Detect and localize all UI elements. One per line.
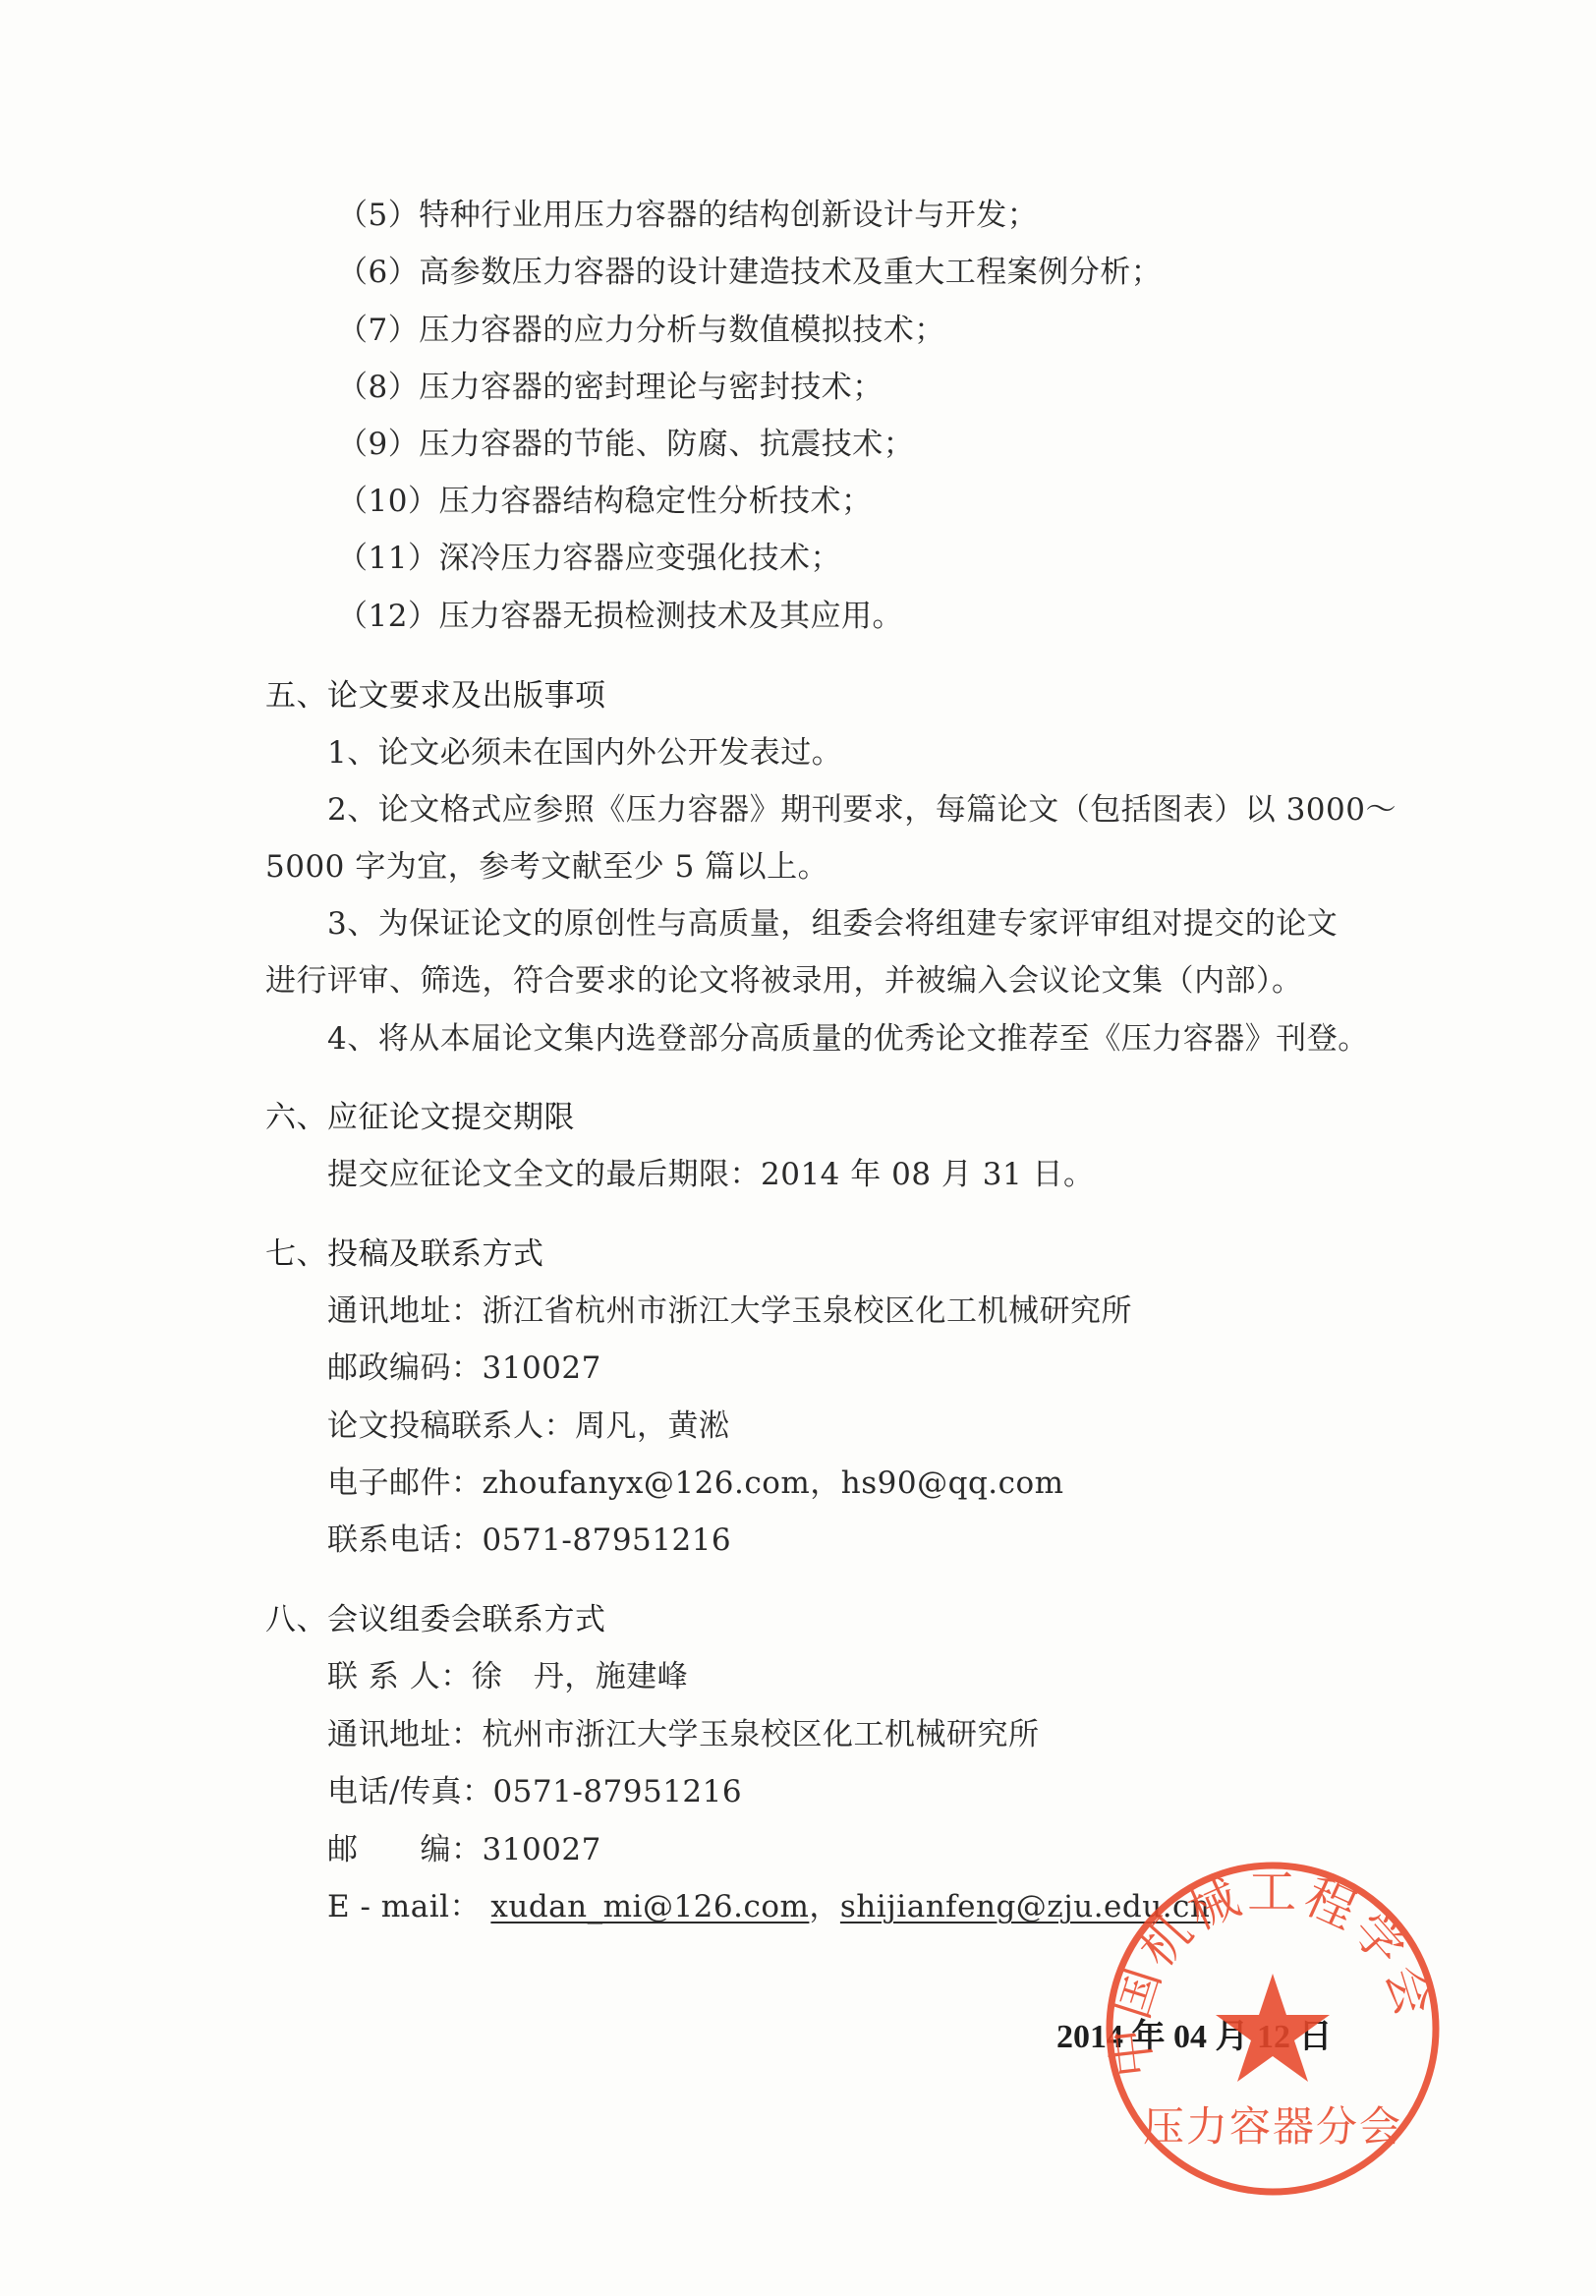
section-5-line-2: 2、论文格式应参照《压力容器》期刊要求，每篇论文（包括图表）以 3000～	[327, 790, 1396, 830]
topic-item-8: （8）压力容器的密封理论与密封技术；	[337, 368, 883, 407]
email-value: zhoufanyx@126.com，hs90@qq.com	[483, 1465, 1064, 1501]
topic-text: 压力容器的应力分析与数值模拟技术；	[419, 313, 945, 348]
contact-value: 周凡，黄淞	[575, 1408, 730, 1444]
email-label: 电子邮件：	[327, 1465, 483, 1501]
section-5-heading: 五、论文要求及出版事项	[265, 676, 606, 716]
topic-number: （5）	[337, 198, 419, 233]
topic-item-9: （9）压力容器的节能、防腐、抗震技术；	[337, 425, 914, 464]
topic-number: （8）	[337, 370, 419, 405]
address-value: 杭州市浙江大学玉泉校区化工机械研究所	[483, 1717, 1040, 1752]
topic-item-10: （10）压力容器结构稳定性分析技术；	[337, 482, 872, 521]
fax-label: 电话/传真：	[327, 1774, 492, 1809]
contact-value: 徐 丹，施建峰	[472, 1659, 689, 1694]
section-8-heading: 八、会议组委会联系方式	[265, 1600, 606, 1639]
submission-email: 电子邮件：zhoufanyx@126.com，hs90@qq.com	[327, 1464, 1064, 1503]
committee-email: E - mail： xudan_mi@126.com，shijianfeng@z…	[327, 1887, 1210, 1926]
postcode-value: 310027	[483, 1350, 601, 1386]
document-page: （5）特种行业用压力容器的结构创新设计与开发； （6）高参数压力容器的设计建造技…	[0, 0, 1596, 2296]
committee-contact: 联 系 人：徐 丹，施建峰	[327, 1657, 688, 1696]
email-separator: ，	[809, 1889, 840, 1924]
topic-number: （12）	[337, 599, 438, 634]
topic-number: （10）	[337, 484, 438, 519]
topic-text: 压力容器无损检测技术及其应用。	[438, 599, 903, 634]
address-label: 通讯地址：	[327, 1293, 483, 1329]
topic-number: （11）	[337, 541, 438, 576]
section-5-line-6: 4、将从本届论文集内选登部分高质量的优秀论文推荐至《压力容器》刊登。	[327, 1019, 1369, 1059]
contact-label: 联 系 人：	[327, 1659, 472, 1694]
star-icon	[1216, 1974, 1330, 2082]
postcode-value: 310027	[483, 1832, 601, 1867]
topic-number: （6）	[337, 255, 419, 290]
topic-text: 压力容器的密封理论与密封技术；	[419, 370, 883, 405]
official-seal: 中国机械工程学会 压力容器分会	[1101, 1856, 1445, 2200]
committee-address: 通讯地址：杭州市浙江大学玉泉校区化工机械研究所	[327, 1715, 1040, 1754]
address-value: 浙江省杭州市浙江大学玉泉校区化工机械研究所	[483, 1293, 1133, 1329]
section-5-line-4: 3、为保证论文的原创性与高质量，组委会将组建专家评审组对提交的论文	[327, 904, 1338, 944]
section-5-line-1: 1、论文必须未在国内外公开发表过。	[327, 733, 842, 773]
topic-text: 深冷压力容器应变强化技术；	[438, 541, 841, 576]
topic-item-12: （12）压力容器无损检测技术及其应用。	[337, 597, 903, 636]
fax-value: 0571-87951216	[492, 1774, 742, 1809]
submission-deadline: 提交应征论文全文的最后期限：2014 年 08 月 31 日。	[327, 1155, 1095, 1194]
topic-number: （9）	[337, 427, 419, 462]
committee-phone-fax: 电话/传真：0571-87951216	[327, 1772, 742, 1811]
topic-text: 压力容器的节能、防腐、抗震技术；	[419, 427, 914, 462]
topic-item-6: （6）高参数压力容器的设计建造技术及重大工程案例分析；	[337, 253, 1162, 292]
phone-value: 0571-87951216	[483, 1522, 732, 1558]
email-link-xudan[interactable]: xudan_mi@126.com	[490, 1889, 809, 1924]
postcode-label: 邮 编：	[327, 1832, 483, 1867]
section-5-line-5: 进行评审、筛选，符合要求的论文将被录用，并被编入会议论文集（内部）。	[265, 961, 1303, 1001]
topic-text: 压力容器结构稳定性分析技术；	[438, 484, 872, 519]
topic-text: 特种行业用压力容器的结构创新设计与开发；	[419, 198, 1038, 233]
section-7-heading: 七、投稿及联系方式	[265, 1234, 544, 1274]
topic-text: 高参数压力容器的设计建造技术及重大工程案例分析；	[419, 255, 1162, 290]
email-label: E - mail：	[327, 1889, 481, 1924]
section-6-heading: 六、应征论文提交期限	[265, 1098, 575, 1137]
topic-number: （7）	[337, 313, 419, 348]
topic-item-5: （5）特种行业用压力容器的结构创新设计与开发；	[337, 196, 1038, 235]
topic-item-7: （7）压力容器的应力分析与数值模拟技术；	[337, 311, 945, 350]
address-label: 通讯地址：	[327, 1717, 483, 1752]
committee-postcode: 邮 编：310027	[327, 1830, 601, 1869]
submission-phone: 联系电话：0571-87951216	[327, 1521, 731, 1560]
postcode-label: 邮政编码：	[327, 1350, 483, 1386]
submission-postcode: 邮政编码：310027	[327, 1349, 601, 1388]
submission-contact: 论文投稿联系人：周凡，黄淞	[327, 1406, 730, 1446]
topic-item-11: （11）深冷压力容器应变强化技术；	[337, 539, 841, 578]
submission-address: 通讯地址：浙江省杭州市浙江大学玉泉校区化工机械研究所	[327, 1291, 1132, 1331]
seal-bottom-text: 压力容器分会	[1143, 2102, 1402, 2151]
contact-label: 论文投稿联系人：	[327, 1408, 575, 1444]
phone-label: 联系电话：	[327, 1522, 483, 1558]
section-5-line-3: 5000 字为宜，参考文献至少 5 篇以上。	[265, 847, 828, 887]
